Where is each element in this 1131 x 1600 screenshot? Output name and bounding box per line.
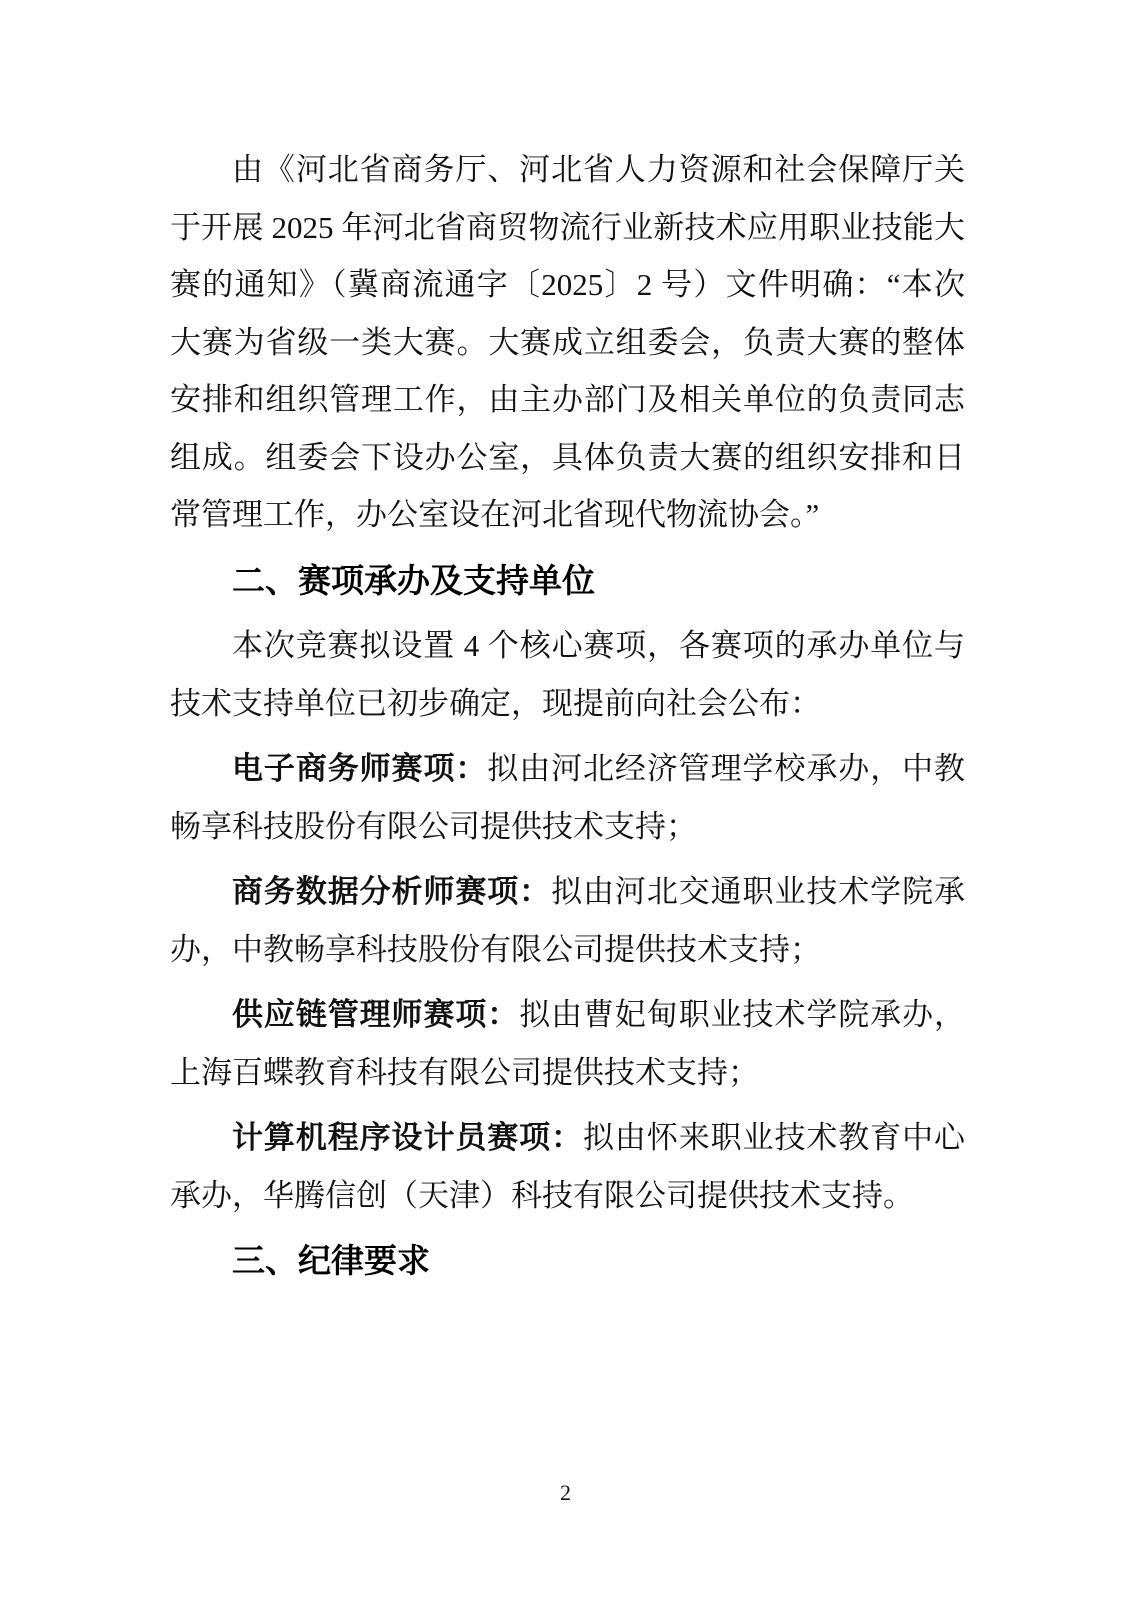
event-label-data-analyst: 商务数据分析师赛项： xyxy=(232,874,551,909)
paragraph-event-programmer: 计算机程序设计员赛项：拟由怀来职业技术教育中心承办，华腾信创（天津）科技有限公司… xyxy=(170,1109,965,1224)
section-heading-discipline: 三、纪律要求 xyxy=(170,1232,965,1290)
event-label-programmer: 计算机程序设计员赛项： xyxy=(232,1120,583,1155)
event-label-supply-chain: 供应链管理师赛项： xyxy=(232,997,519,1032)
document-content: 由《河北省商务厅、河北省人力资源和社会保障厅关于开展 2025 年河北省商贸物流… xyxy=(170,141,965,1298)
paragraph-event-ecommerce: 电子商务师赛项：拟由河北经济管理学校承办，中教畅享科技股份有限公司提供技术支持； xyxy=(170,740,965,855)
section-heading-organizers: 二、赛项承办及支持单位 xyxy=(170,552,965,610)
paragraph-basis-of-competition: 由《河北省商务厅、河北省人力资源和社会保障厅关于开展 2025 年河北省商贸物流… xyxy=(170,141,965,544)
paragraph-events-overview: 本次竞赛拟设置 4 个核心赛项，各赛项的承办单位与技术支持单位已初步确定，现提前… xyxy=(170,617,965,732)
document-page: 由《河北省商务厅、河北省人力资源和社会保障厅关于开展 2025 年河北省商贸物流… xyxy=(0,0,1131,1600)
event-label-ecommerce: 电子商务师赛项： xyxy=(232,751,487,786)
paragraph-event-supply-chain: 供应链管理师赛项：拟由曹妃甸职业技术学院承办，上海百蝶教育科技有限公司提供技术支… xyxy=(170,986,965,1101)
paragraph-event-data-analyst: 商务数据分析师赛项：拟由河北交通职业技术学院承办，中教畅享科技股份有限公司提供技… xyxy=(170,863,965,978)
page-number: 2 xyxy=(0,1479,1131,1507)
